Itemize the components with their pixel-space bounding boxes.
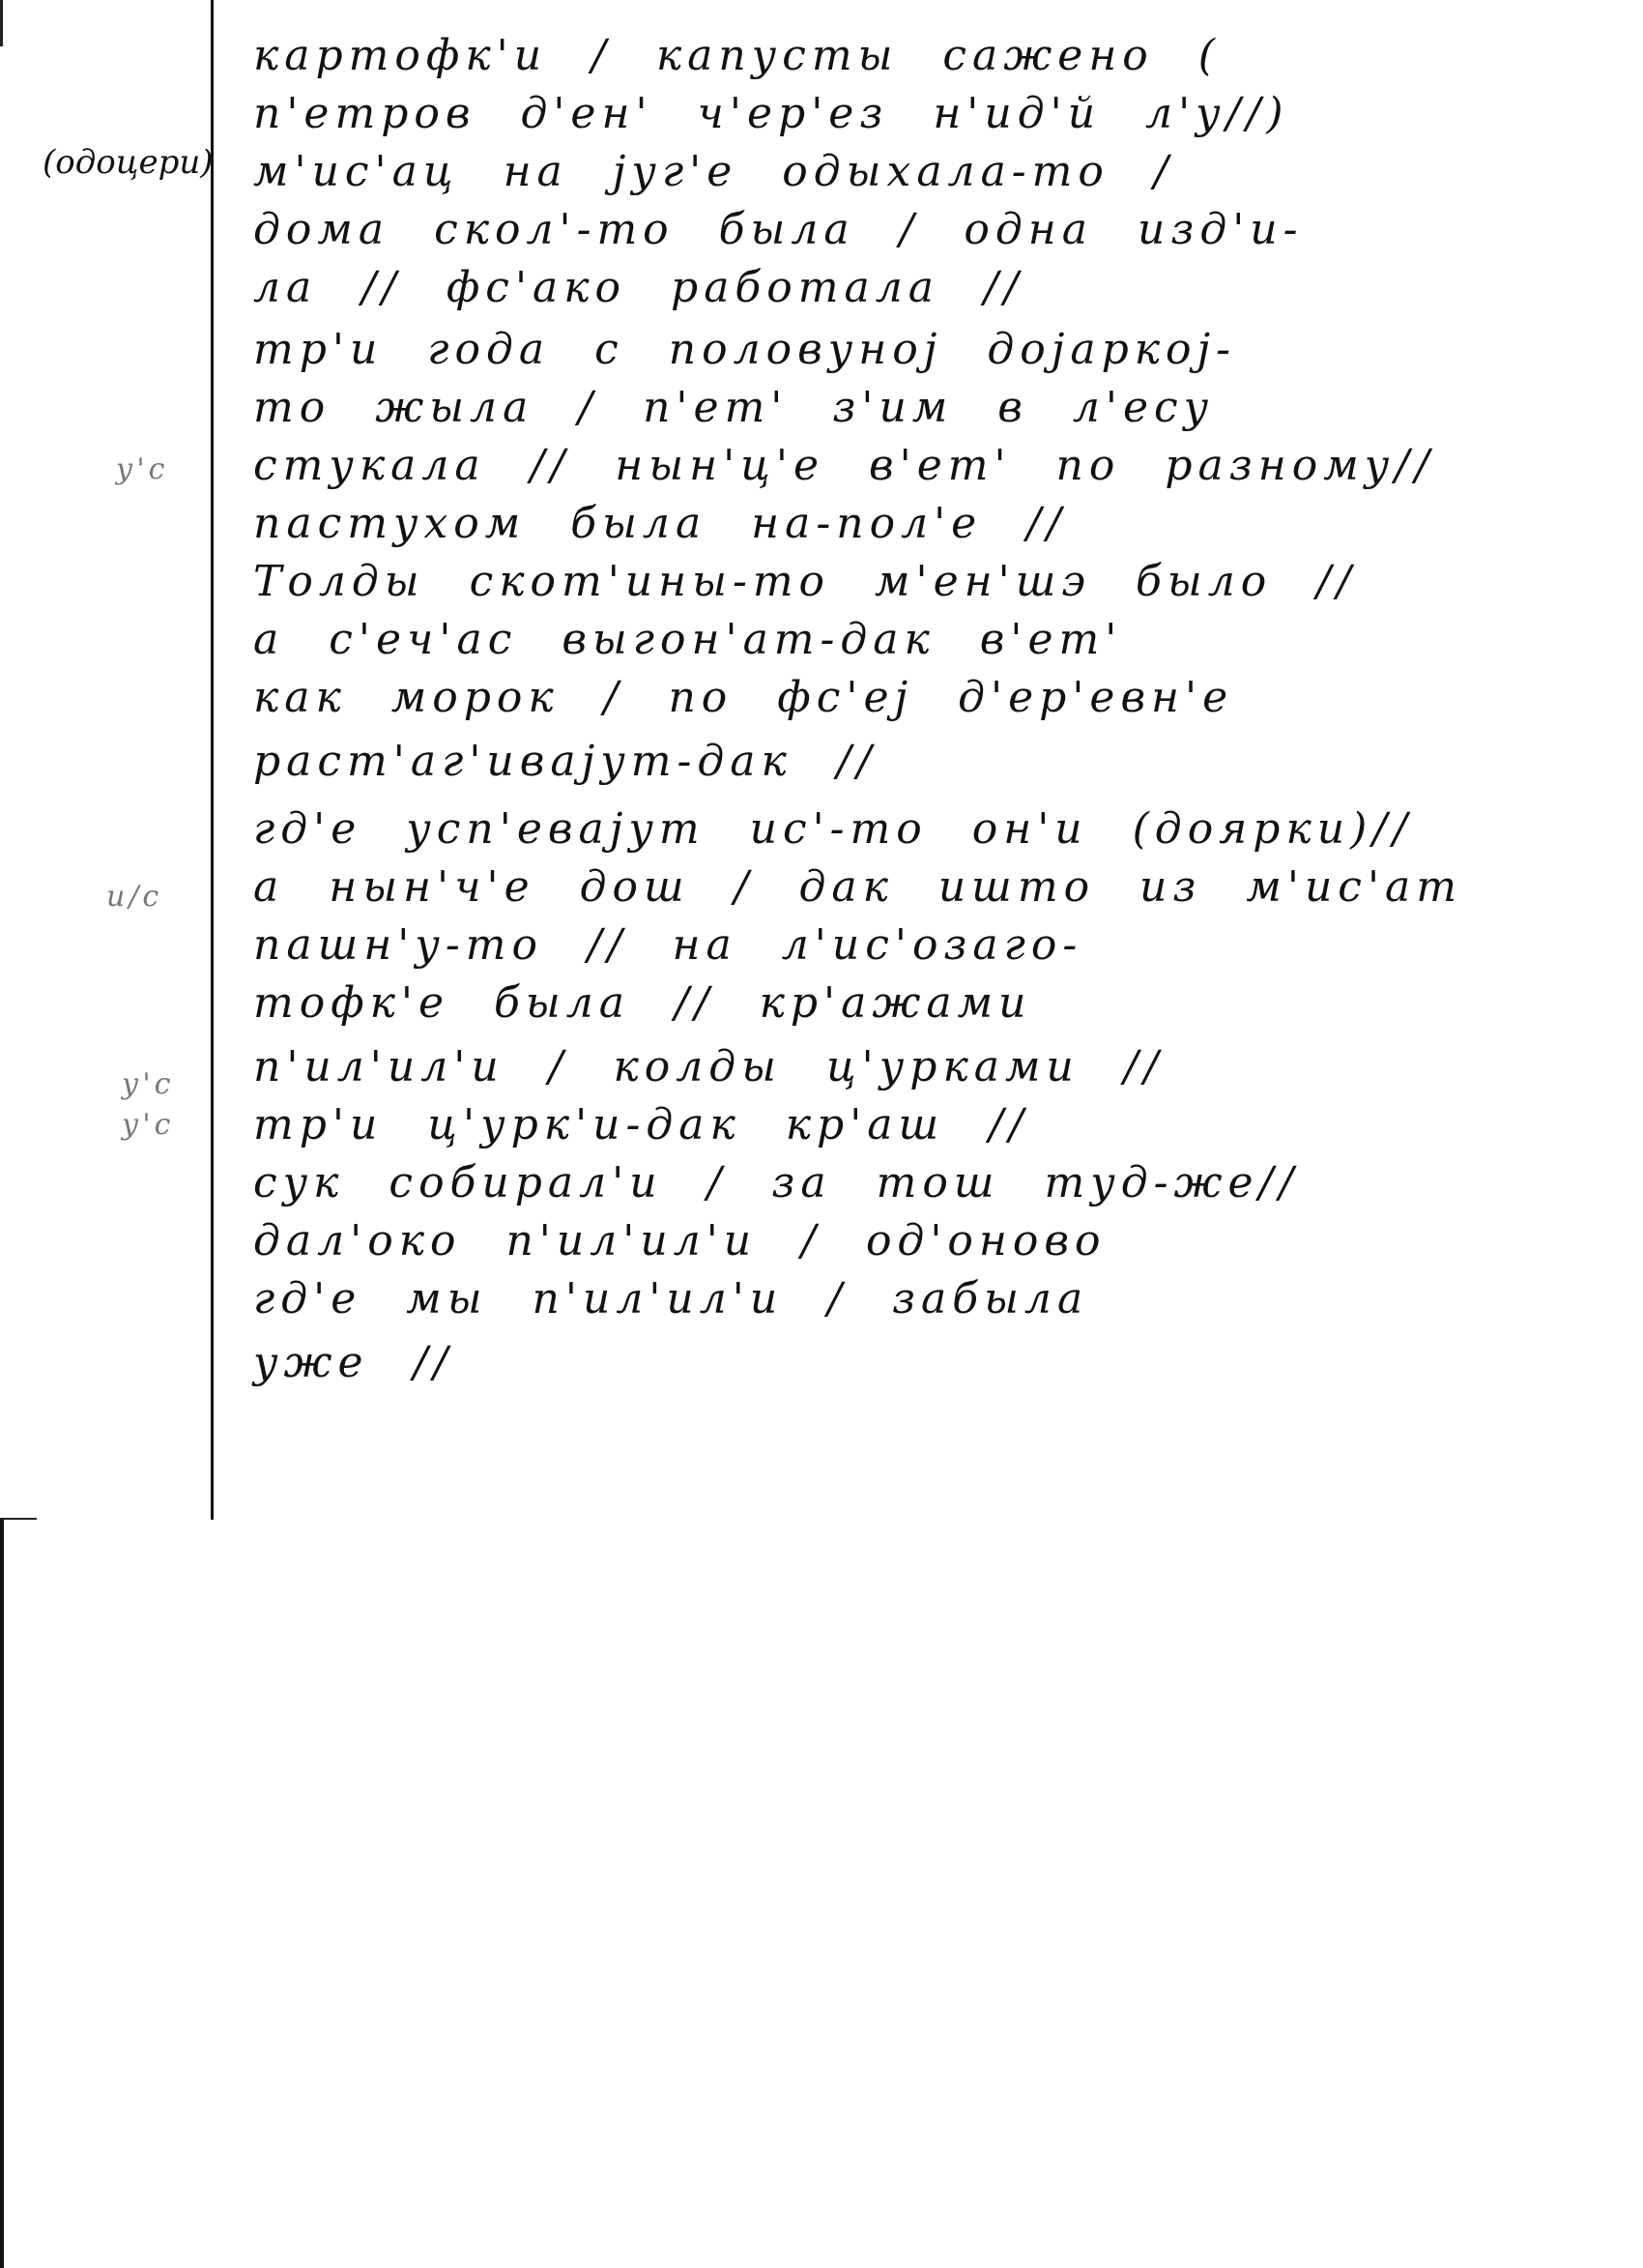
text-line: а нын'ч'е дош / дак ишто из м'ис'ат (253, 860, 1462, 915)
scan-edge-tick (0, 1518, 37, 1520)
text-line: м'ис'ац на југ'е одыхала-то / (253, 145, 1174, 199)
margin-note: и/с (106, 880, 162, 914)
text-line: п'етров д'ен' ч'ер'ез н'ид'й л'у//) (253, 87, 1289, 141)
text-line: дал'око п'ил'ил'и / од'оново (253, 1214, 1106, 1268)
margin-rule (211, 0, 214, 1520)
margin-note: у'с (122, 1067, 174, 1101)
text-line: п'ил'ил'и / колды ц'урками // (253, 1040, 1164, 1094)
text-line: гд'е усп'евајут ис'-то он'и (доярки)// (253, 802, 1413, 857)
text-line: уже // (253, 1336, 453, 1390)
text-line: пашн'у-то // на л'ис'озаго- (253, 918, 1082, 973)
text-line: тр'и ц'урк'и-дак кр'аш // (253, 1098, 1029, 1152)
text-line: тр'и года с половуној дојаркој- (253, 323, 1236, 377)
margin-note: у'с (122, 1108, 174, 1142)
text-line: картофк'и / капусты сажено ( (253, 29, 1221, 83)
margin-note: у'с (116, 452, 168, 486)
text-line: ла // фс'ако работала // (253, 261, 1024, 315)
manuscript-page: (одоцери) у'с и/с у'с у'с картофк'и / ка… (0, 0, 1643, 2268)
text-line: как морок / по фс'еј д'ер'евн'е (253, 671, 1233, 725)
text-line: Толды скот'ины-то м'ен'шэ было // (253, 555, 1357, 609)
text-line: стукала // нын'ц'е в'ет' по разному// (253, 439, 1435, 493)
text-line: пастухом была на-пол'е // (253, 497, 1067, 551)
text-line: а с'еч'ас выгон'ат-дак в'ет' (253, 613, 1122, 667)
scan-edge-mark-bottom (0, 1520, 4, 2268)
text-line: гд'е мы п'ил'ил'и / забыла (253, 1272, 1088, 1326)
text-line: тофк'е была // кр'ажами (253, 976, 1031, 1031)
text-line: дома скол'-то была / одна изд'и- (253, 203, 1304, 257)
text-line: то жыла / п'ет' з'им в л'есу (253, 381, 1214, 435)
text-line: раст'аг'ивајут-дак // (253, 735, 877, 789)
text-line: сук собирал'и / за тош туд-же// (253, 1156, 1299, 1210)
scan-edge-mark (0, 0, 3, 46)
margin-note-odotseri: (одоцери) (43, 143, 214, 182)
